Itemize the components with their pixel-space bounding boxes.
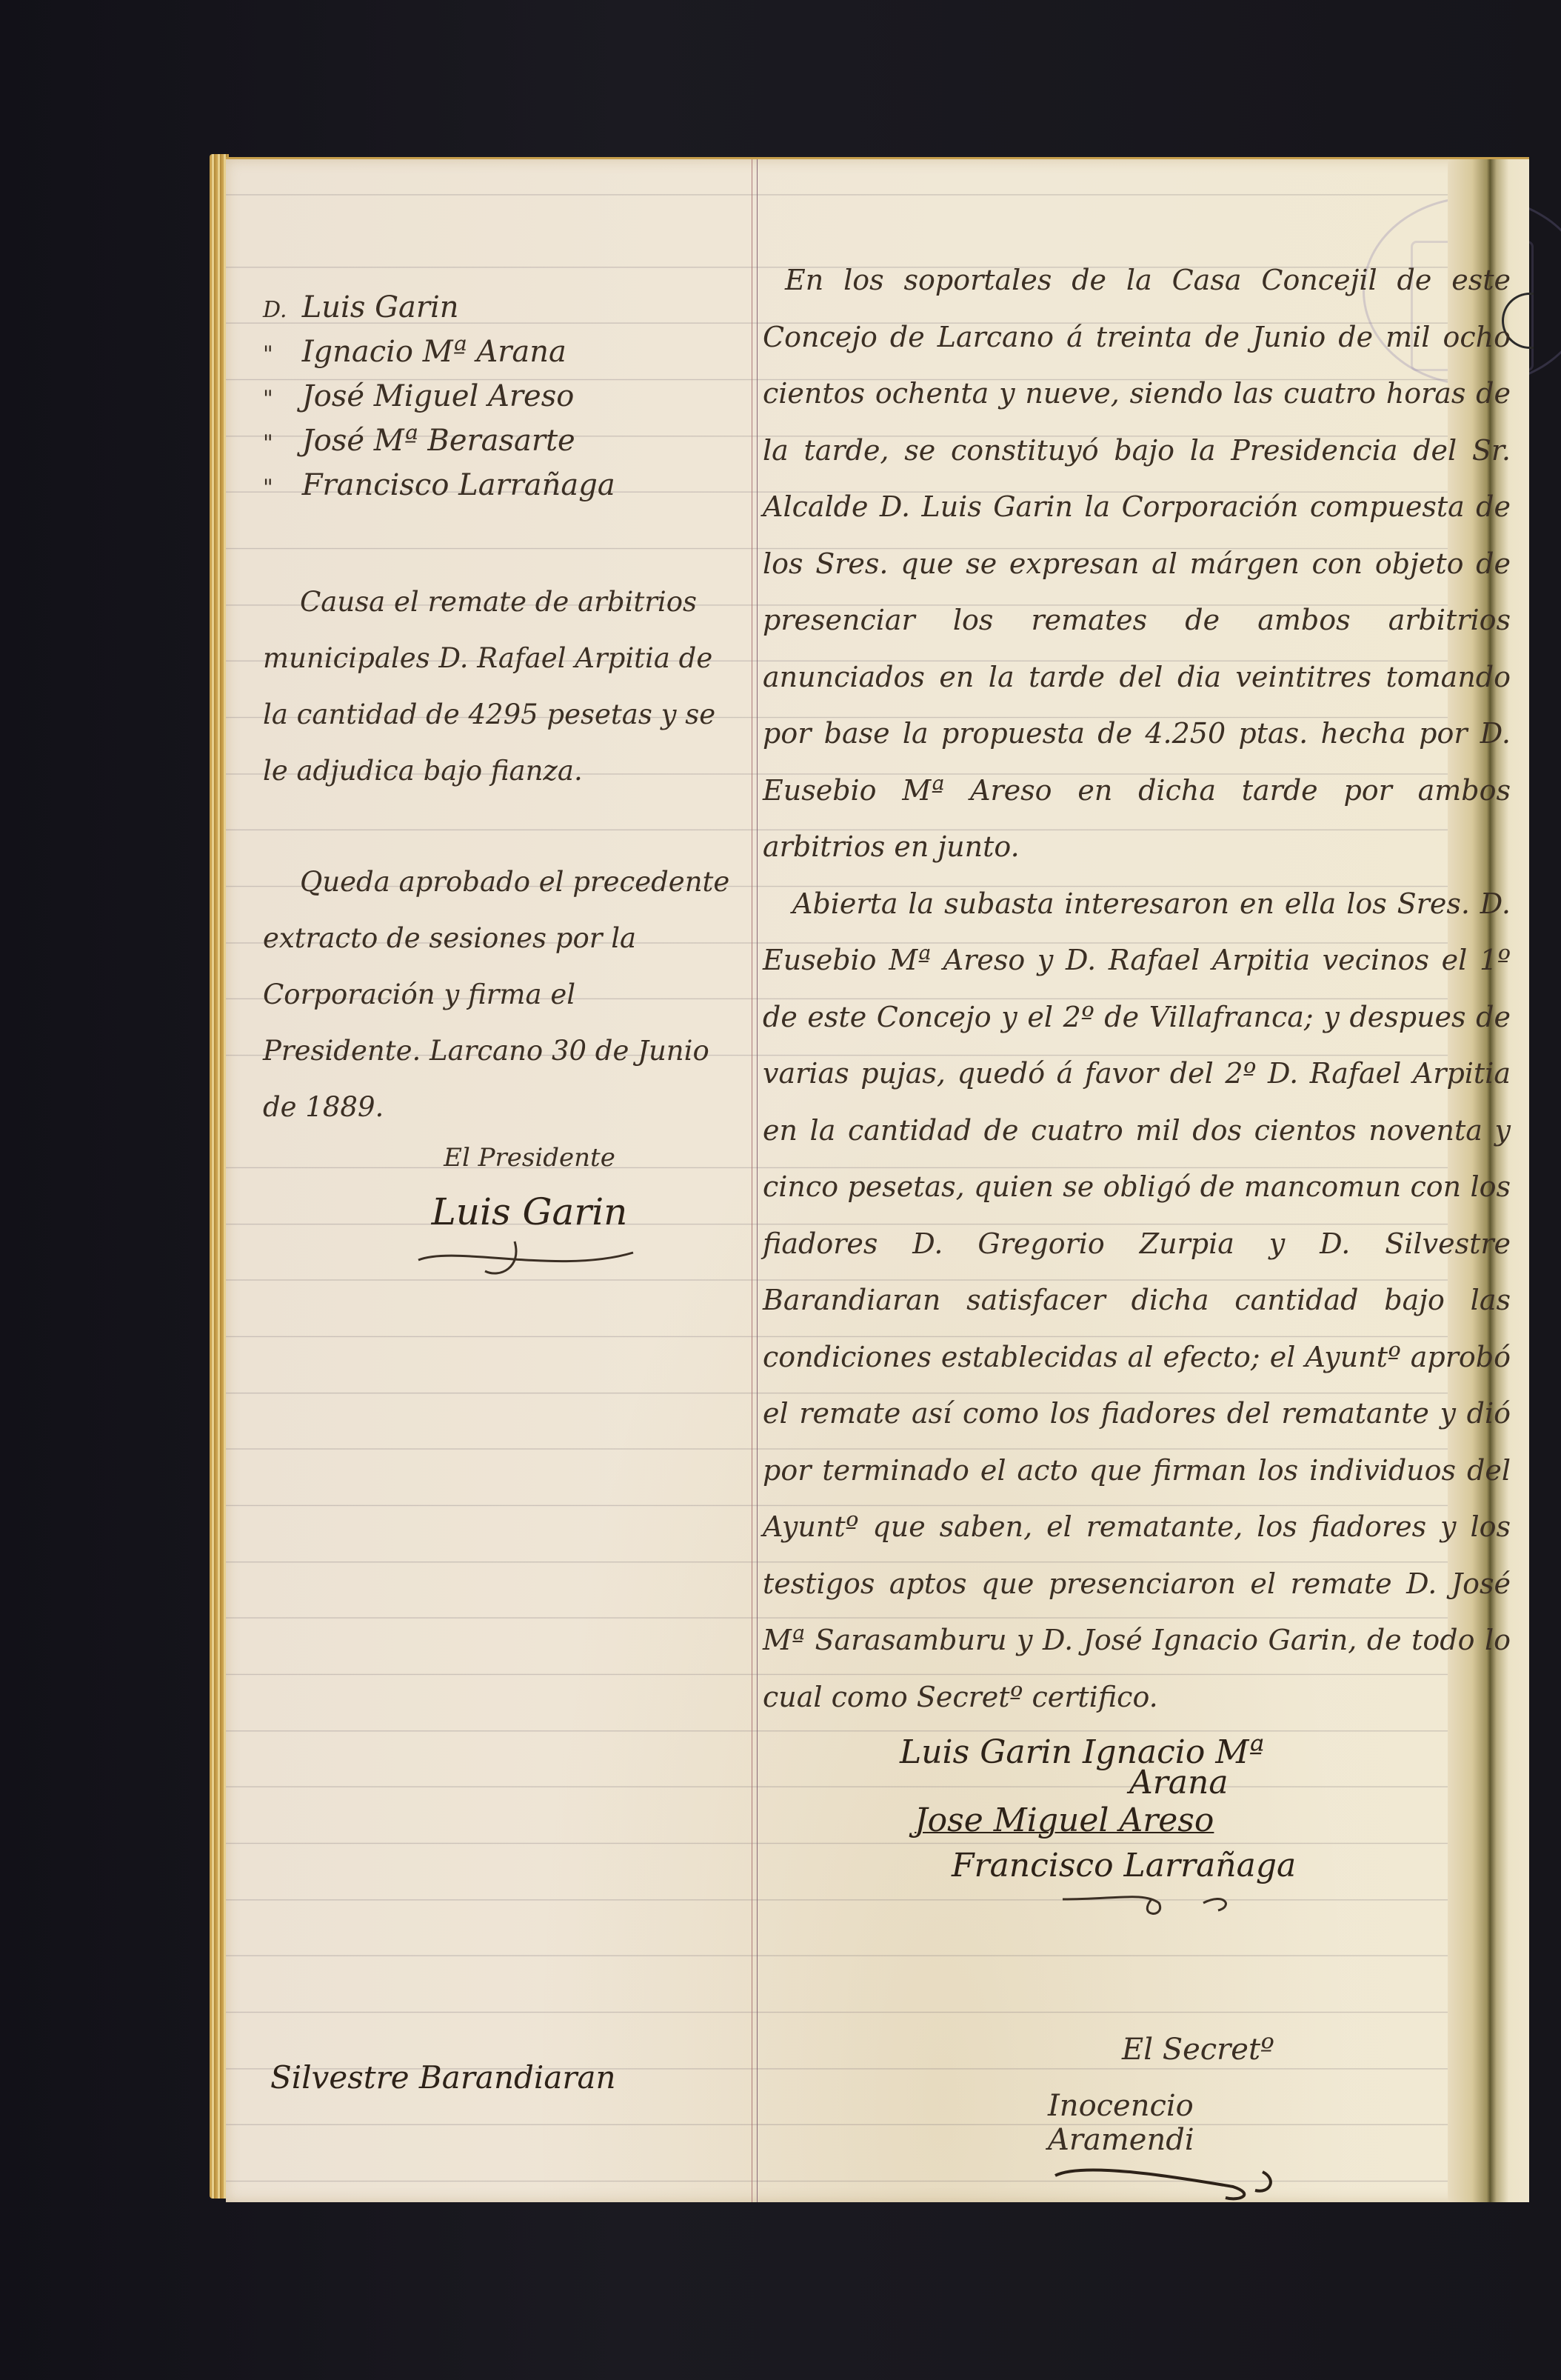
- signature-block: Luis Garin Ignacio Mª Arana Jose Miguel …: [892, 1733, 1307, 2209]
- summary-note: Causa el remate de arbitrios municipales…: [263, 574, 737, 799]
- attendee-prefix: ": [263, 377, 293, 421]
- minutes-paragraph: En los soportales de la Casa Concejil de…: [763, 252, 1511, 876]
- secretary-title: El Secretº: [1122, 2033, 1307, 2067]
- attendee-item: " Ignacio Mª Arana: [263, 330, 737, 374]
- attendee-name: Francisco Larrañaga: [302, 468, 615, 502]
- attendee-item: " Francisco Larrañaga: [263, 463, 737, 507]
- margin-rule: [752, 159, 758, 2202]
- attendee-item: " José Mª Berasarte: [263, 419, 737, 463]
- signature-jose-miguel-areso: Jose Miguel Areso: [915, 1801, 1307, 1839]
- attendee-item: " José Miguel Areso: [263, 374, 737, 419]
- approval-note: Queda aprobado el precedente extracto de…: [263, 854, 737, 1136]
- secretary-signature: Inocencio Aramendi: [1048, 2089, 1307, 2157]
- signature-arana: Arana: [1129, 1764, 1307, 1801]
- minutes-text: En los soportales de la Casa Concejil de…: [763, 252, 1511, 1725]
- attendee-prefix: ": [263, 466, 293, 510]
- attendee-prefix: D.: [263, 288, 293, 333]
- signature-silvestre-barandiaran: Silvestre Barandiaran: [270, 2059, 616, 2096]
- signature-luis-garin: Luis Garin: [900, 1733, 1072, 1771]
- attendee-prefix: ": [263, 333, 293, 377]
- attendee-prefix: ": [263, 421, 293, 466]
- minutes-paragraph: Abierta la subasta interesaron en ella l…: [763, 876, 1511, 1726]
- signature-flourish-icon: [1040, 2157, 1307, 2209]
- president-signature: Luis Garin: [263, 1190, 737, 1233]
- body-column: En los soportales de la Casa Concejil de…: [763, 252, 1511, 1725]
- ledger-page: D. Luis Garin " Ignacio Mª Arana " José …: [226, 157, 1529, 2202]
- attendee-name: Ignacio Mª Arana: [302, 335, 566, 369]
- attendee-item: D. Luis Garin: [263, 285, 737, 330]
- president-title: El Presidente: [263, 1143, 737, 1173]
- signature-flourish-icon: [411, 1238, 648, 1282]
- margin-column: D. Luis Garin " Ignacio Mª Arana " José …: [263, 285, 737, 1282]
- attendee-name: José Mª Berasarte: [302, 424, 575, 458]
- signature-flourish-icon: [1055, 1884, 1277, 1921]
- attendee-name: Luis Garin: [302, 290, 459, 324]
- attendee-list: D. Luis Garin " Ignacio Mª Arana " José …: [263, 285, 737, 507]
- signature-francisco-larranaga: Francisco Larrañaga: [952, 1847, 1307, 1884]
- attendee-name: José Miguel Areso: [302, 379, 575, 413]
